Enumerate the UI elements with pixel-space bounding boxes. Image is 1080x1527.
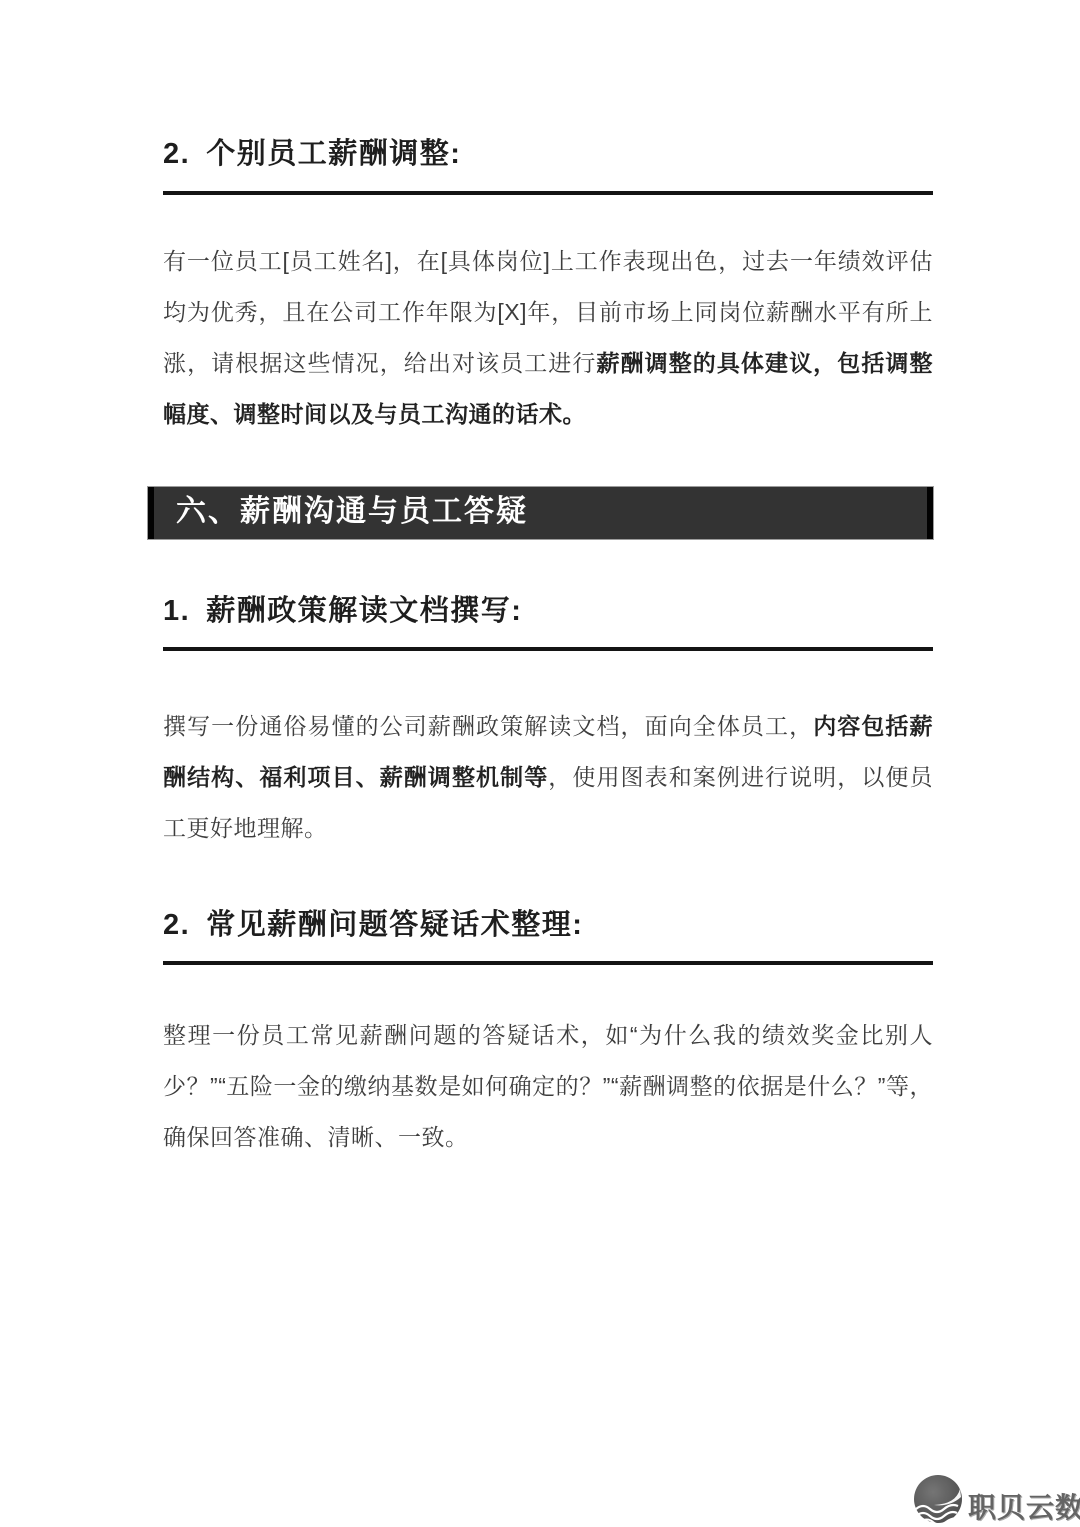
heading-text: 薪酬政策解读文档撰写: bbox=[206, 595, 522, 627]
paragraph-individual-salary-adjustment: 有一位员工[员工姓名]，在[具体岗位]上工作表现出色，过去一年绩效评估均为优秀，… bbox=[163, 236, 933, 440]
heading-number: 1. bbox=[163, 594, 190, 628]
section-banner-salary-communication: 六、薪酬沟通与员工答疑 bbox=[148, 487, 933, 539]
heading-underline-rule bbox=[163, 961, 933, 965]
heading-number: 2. bbox=[163, 908, 190, 942]
paragraph-regular-text: 撰写一份通俗易懂的公司薪酬政策解读文档，面向全体员工， bbox=[163, 713, 813, 739]
heading-individual-salary-adjustment: 2.个别员工薪酬调整: bbox=[163, 137, 933, 171]
heading-number: 2. bbox=[163, 137, 190, 171]
section-banner-title: 六、薪酬沟通与员工答疑 bbox=[176, 495, 528, 528]
heading-underline-rule bbox=[163, 647, 933, 651]
watermark: 职贝云数 bbox=[912, 1471, 1080, 1527]
heading-underline-rule bbox=[163, 191, 933, 195]
heading-text: 个别员工薪酬调整: bbox=[206, 138, 461, 170]
watermark-brand-text: 职贝云数 bbox=[968, 1494, 1080, 1522]
heading-faq-script: 2.常见薪酬问题答疑话术整理: bbox=[163, 908, 933, 942]
heading-text: 常见薪酬问题答疑话术整理: bbox=[206, 909, 583, 941]
paragraph-regular-text: 整理一份员工常见薪酬问题的答疑话术，如“为什么我的绩效奖金比别人少？”“五险一金… bbox=[163, 1022, 933, 1150]
heading-policy-doc-writing: 1.薪酬政策解读文档撰写: bbox=[163, 594, 933, 628]
document-body: 2.个别员工薪酬调整: 有一位员工[员工姓名]，在[具体岗位]上工作表现出色，过… bbox=[163, 0, 933, 1163]
globe-waves-logo-icon bbox=[912, 1471, 966, 1527]
paragraph-policy-doc-writing: 撰写一份通俗易懂的公司薪酬政策解读文档，面向全体员工，内容包括薪酬结构、福利项目… bbox=[163, 701, 933, 854]
paragraph-faq-script: 整理一份员工常见薪酬问题的答疑话术，如“为什么我的绩效奖金比别人少？”“五险一金… bbox=[163, 1010, 933, 1163]
